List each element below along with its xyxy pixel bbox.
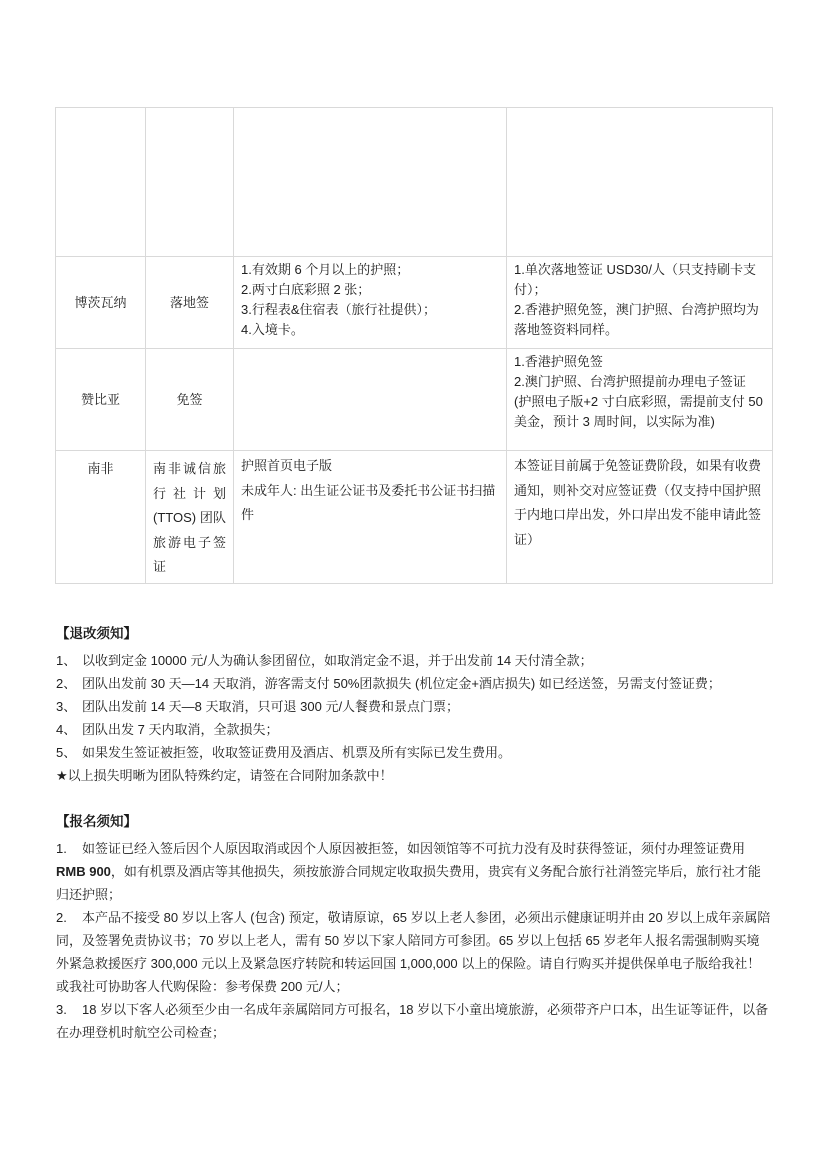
table-row-blank (56, 108, 773, 257)
item-text: 以收到定金 10000 元/人为确认参团留位，如取消定金不退，并于出发前 14 … (82, 653, 593, 668)
cell-country (56, 108, 146, 257)
document-page: 博茨瓦纳 落地签 1.有效期 6 个月以上的护照； 2.两寸白底彩照 2 张； … (0, 0, 827, 1170)
refund-item-2: 2、团队出发前 30 天—14 天取消，游客需支付 50%团款损失 (机位定金+… (56, 672, 772, 695)
cell-documents: 1.有效期 6 个月以上的护照； 2.两寸白底彩照 2 张； 3.行程表&住宿表… (234, 257, 507, 349)
visa-requirements-table: 博茨瓦纳 落地签 1.有效期 6 个月以上的护照； 2.两寸白底彩照 2 张； … (55, 107, 773, 584)
refund-item-4: 4、团队出发 7 天内取消，全款损失； (56, 718, 772, 741)
signup-notice-title: 【报名须知】 (56, 812, 772, 832)
refund-notice-section: 【退改须知】 1、以收到定金 10000 元/人为确认参团留位，如取消定金不退，… (56, 624, 772, 787)
country-name: 南非 (63, 457, 138, 482)
signup-item-3: 3.18 岁以下客人必须至少由一名成年亲属陪同方可报名，18 岁以下小童出境旅游… (56, 998, 772, 1044)
refund-footnote: ★以上损失明晰为团队特殊约定，请签在合同附加条款中！ (56, 764, 772, 787)
item-text: 团队出发前 30 天—14 天取消，游客需支付 50%团款损失 (机位定金+酒店… (82, 676, 721, 691)
cell-notes: 1.单次落地签证 USD30/人（只支持刷卡支付）； 2.香港护照免签，澳门护照… (507, 257, 773, 349)
cell-documents (234, 108, 507, 257)
item-text: 团队出发前 14 天—8 天取消，只可退 300 元/人餐费和景点门票； (82, 699, 459, 714)
item-text: 本产品不接受 80 岁以上客人 (包含) 预定，敬请原谅，65 岁以上老人参团，… (56, 910, 770, 994)
signup-item-2: 2.本产品不接受 80 岁以上客人 (包含) 预定，敬请原谅，65 岁以上老人参… (56, 906, 772, 998)
item-text: 18 岁以下客人必须至少由一名成年亲属陪同方可报名，18 岁以下小童出境旅游，必… (56, 1002, 768, 1040)
cell-documents: 护照首页电子版 未成年人: 出生证公证书及委托书公证书扫描件 (234, 451, 507, 584)
item-number: 2、 (56, 672, 82, 695)
item-number: 5、 (56, 741, 82, 764)
cell-country: 赞比亚 (56, 349, 146, 451)
item-number: 3、 (56, 695, 82, 718)
signup-item-1: 1.如签证已经入签后因个人原因取消或因个人原因被拒签，如因领馆等不可抗力没有及时… (56, 837, 772, 906)
cell-visa-type (146, 108, 234, 257)
cell-notes: 本签证目前属于免签证费阶段，如果有收费通知，则补交对应签证费（仅支持中国护照于内… (507, 451, 773, 584)
item-number: 4、 (56, 718, 82, 741)
notes-text: 1.单次落地签证 USD30/人（只支持刷卡支付）； 2.香港护照免签，澳门护照… (514, 260, 765, 340)
table-row-south-africa: 南非 南非诚信旅行社计划 (TTOS) 团队旅游电子签证 护照首页电子版 未成年… (56, 451, 773, 584)
signup-notice-section: 【报名须知】 1.如签证已经入签后因个人原因取消或因个人原因被拒签，如因领馆等不… (56, 812, 772, 1044)
refund-notice-title: 【退改须知】 (56, 624, 772, 644)
item-number: 1. (56, 837, 82, 860)
refund-item-1: 1、以收到定金 10000 元/人为确认参团留位，如取消定金不退，并于出发前 1… (56, 649, 772, 672)
cell-visa-type: 免签 (146, 349, 234, 451)
item-text-bold-fee: RMB 900 (56, 864, 111, 879)
country-name: 赞比亚 (63, 390, 138, 410)
cell-visa-type: 南非诚信旅行社计划 (TTOS) 团队旅游电子签证 (146, 451, 234, 584)
table-row-botswana: 博茨瓦纳 落地签 1.有效期 6 个月以上的护照； 2.两寸白底彩照 2 张； … (56, 257, 773, 349)
visa-type: 落地签 (153, 293, 226, 313)
item-number: 3. (56, 998, 82, 1021)
cell-notes: 1.香港护照免签 2.澳门护照、台湾护照提前办理电子签证 (护照电子版+2 寸白… (507, 349, 773, 451)
item-text-pre: 如签证已经入签后因个人原因取消或因个人原因被拒签，如因领馆等不可抗力没有及时获得… (82, 841, 745, 856)
cell-documents (234, 349, 507, 451)
country-name: 博茨瓦纳 (63, 293, 138, 313)
item-number: 2. (56, 906, 82, 929)
notes-text: 1.香港护照免签 2.澳门护照、台湾护照提前办理电子签证 (护照电子版+2 寸白… (514, 352, 765, 432)
table-row-zambia: 赞比亚 免签 1.香港护照免签 2.澳门护照、台湾护照提前办理电子签证 (护照电… (56, 349, 773, 451)
visa-type: 免签 (153, 390, 226, 410)
cell-visa-type: 落地签 (146, 257, 234, 349)
documents-text: 1.有效期 6 个月以上的护照； 2.两寸白底彩照 2 张； 3.行程表&住宿表… (241, 260, 499, 340)
item-number: 1、 (56, 649, 82, 672)
notice-sections: 【退改须知】 1、以收到定金 10000 元/人为确认参团留位，如取消定金不退，… (56, 624, 772, 1044)
refund-item-5: 5、如果发生签证被拒签，收取签证费用及酒店、机票及所有实际已发生费用。 (56, 741, 772, 764)
item-text-post: ，如有机票及酒店等其他损失，须按旅游合同规定收取损失费用，贵宾有义务配合旅行社消… (56, 864, 761, 902)
cell-country: 南非 (56, 451, 146, 584)
cell-country: 博茨瓦纳 (56, 257, 146, 349)
item-text: 如果发生签证被拒签，收取签证费用及酒店、机票及所有实际已发生费用。 (82, 745, 511, 760)
documents-text: 护照首页电子版 未成年人: 出生证公证书及委托书公证书扫描件 (241, 454, 499, 528)
visa-type: 南非诚信旅行社计划 (TTOS) 团队旅游电子签证 (153, 457, 226, 580)
notes-text: 本签证目前属于免签证费阶段，如果有收费通知，则补交对应签证费（仅支持中国护照于内… (514, 454, 765, 552)
cell-notes (507, 108, 773, 257)
refund-item-3: 3、团队出发前 14 天—8 天取消，只可退 300 元/人餐费和景点门票； (56, 695, 772, 718)
item-text: 团队出发 7 天内取消，全款损失； (82, 722, 278, 737)
